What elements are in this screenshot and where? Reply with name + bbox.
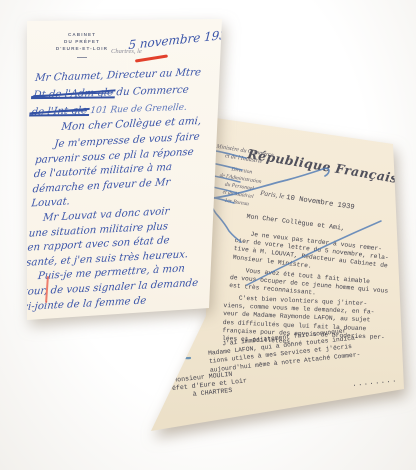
long-flourish-stroke: [206, 168, 329, 199]
text-line: de l'Administration: [200, 169, 280, 189]
prefecture-letterhead: CABINETDU PRÉFETD'EURE-ET-LOIR: [50, 31, 114, 52]
e-shaped-flourish: [178, 321, 196, 358]
handwritten-salutation: Mon cher Collègue et ami,: [61, 115, 202, 133]
text-line: une situation militaire plus: [28, 218, 204, 242]
text-line: CABINET: [50, 31, 114, 38]
handwritten-body: Je m'empresse de vous faireparvenir sous…: [22, 130, 212, 315]
text-line: santé, et j'en suis très heureux.: [25, 247, 201, 271]
text-line: Ministère du Commerce: [205, 141, 285, 161]
text-line: Louvat.: [31, 189, 207, 213]
crossed-out-text: Dt de l'Adm gle: [32, 84, 114, 104]
printed-dateline: Chartres, le: [111, 48, 142, 55]
dateline-place: Paris, le: [260, 189, 285, 201]
text-line: 1er Bureau: [197, 192, 277, 212]
text-line: DU PRÉFET: [50, 38, 114, 45]
text-line: tour, de vous signaler la demande: [23, 277, 199, 301]
street-address: 101 Rue de Grenelle.: [90, 103, 188, 116]
text-line: Puis-je me permettre, à mon: [24, 262, 200, 286]
typed-paragraph-2: Vous avez été tout à fait aimablede vous…: [229, 266, 410, 306]
text-line: des difficultés que lui fait la douane: [223, 319, 403, 335]
text-line: viens, comme vous me le demandez, en fa-: [223, 302, 403, 318]
republique-francaise-heading: République Française: [247, 146, 408, 187]
text-line: du Personnel: [199, 177, 279, 197]
recipient-address-block: Monsieur MOULINPréfet d'Eure et Loirà CH…: [163, 369, 248, 402]
text-line: Monsieur le Ministre.: [232, 253, 412, 282]
text-line: aujourd'hui même à notre Attaché Commer-: [210, 348, 390, 375]
diagonal-stroke: [247, 221, 381, 285]
text-line: tive à M. LOUVAT, Rédacteur au Cabinet d…: [233, 245, 413, 274]
typed-paragraph-4: J'ai immédiatement fait convoquerMadame …: [207, 323, 389, 374]
text-line: et de l'Industrie: [203, 149, 283, 169]
text-line: démarche en faveur de Mr: [32, 174, 208, 198]
typed-paragraph-3: C'est bien volontiers que j'inter-viens,…: [222, 294, 404, 351]
photo-of-letters: Ministère du Commerceet de l'IndustrieDi…: [0, 0, 416, 470]
handwritten-recipient: Mr Chaumet, Directeur au Mtre Dt de l'Ad…: [31, 64, 202, 122]
text-line: de l'autorité militaire à ma: [33, 159, 209, 183]
text-line: veur de Madame Raymonde LAFON, au sujet: [223, 310, 403, 326]
handwritten-date: 5 novembre 1939: [128, 27, 235, 52]
scribble-stroke: [205, 150, 246, 158]
text-line: est très reconnaissant.: [229, 282, 409, 306]
typed-letterhead: Ministère du Commerceet de l'IndustrieDi…: [197, 141, 285, 213]
text-line: parvenir sous ce pli la réponse: [34, 145, 210, 169]
text-line: et du Matériel: [198, 184, 278, 204]
text-line: ci-jointe de la femme de: [22, 291, 198, 315]
recipient-line: de l'Int gle 101 Rue de Grenelle.: [31, 98, 199, 122]
text-line: D'EURE-ET-LOIR: [50, 45, 114, 52]
text-line: Madame LAFON, qui a donné toutes indica-: [208, 331, 388, 358]
text-line: de vous occuper de ce jeune homme qui vo…: [230, 274, 410, 298]
text-line: en rapport avec son état de: [27, 233, 203, 257]
text-line: française pour des envois de broderies p…: [222, 327, 402, 343]
recipient-line: Dt de l'Adm gle du Commerce: [32, 81, 200, 104]
typed-salutation: Mon Cher Collègue et Ami,: [246, 213, 345, 232]
red-margin-mark: [45, 276, 49, 303]
text-line: lées et pailletées.: [222, 335, 402, 351]
typed-dateline: Paris, le 10 Novembre 1939: [260, 188, 356, 212]
continuation-dots: ........: [352, 376, 398, 389]
crossed-out-text: de l'Int gle: [31, 102, 88, 121]
text-line: à CHARTRES: [165, 386, 249, 403]
text-line: Monsieur MOULIN: [163, 369, 247, 386]
typed-letter-paper: Ministère du Commerceet de l'IndustrieDi…: [0, 0, 416, 470]
text-line: cier de votre lettre du 5 novembre, rela…: [234, 237, 414, 266]
text-line: tions utiles à mes Services et j'écris: [209, 340, 389, 367]
descending-wavy-stroke: [209, 200, 241, 242]
text-line: Je m'empresse de vous faire: [36, 130, 212, 154]
text-line: Vous avez été tout à fait aimable: [230, 266, 410, 290]
red-underline-mark: [135, 54, 168, 63]
typed-letter: Ministère du Commerceet de l'IndustrieDi…: [0, 0, 416, 470]
text-line: Je ne veux pas tarder à vous remer-: [235, 229, 415, 258]
text-line: J'ai immédiatement fait convoquer: [207, 323, 387, 350]
text-line: Direction: [202, 161, 282, 181]
text-line: Préfet d'Eure et Loir: [164, 377, 248, 394]
handwritten-letter: CABINETDU PRÉFETD'EURE-ET-LOIR Chartres,…: [0, 0, 416, 470]
blue-ink-strokes: [0, 0, 416, 470]
handwritten-letter-paper: CABINETDU PRÉFETD'EURE-ET-LOIR Chartres,…: [0, 0, 416, 470]
dateline-date: 10 Novembre 1939: [286, 194, 355, 212]
letterhead-ornament: [77, 57, 87, 58]
recipient-line: Mr Chaumet, Directeur au Mtre: [34, 64, 202, 87]
typed-paragraph-1: Je ne veux pas tarder à vous remer-cier …: [232, 229, 415, 282]
text-line: C'est bien volontiers que j'inter-: [224, 294, 404, 310]
text-line: Mr Louvat va donc avoir: [29, 203, 205, 227]
